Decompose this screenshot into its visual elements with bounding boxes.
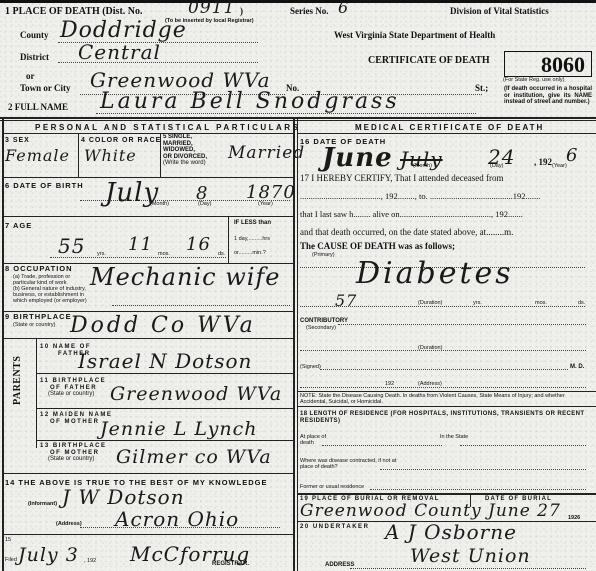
if-less-label: IF LESS than <box>234 220 271 227</box>
or-label: or <box>26 71 35 81</box>
divider <box>297 493 596 495</box>
district-number: 0911 <box>188 0 235 18</box>
contributory-duration-line <box>300 350 586 351</box>
in-state-label: In the State <box>440 434 470 440</box>
age-years: 55 <box>58 234 85 258</box>
cause-value: Diabetes <box>356 256 514 291</box>
district-label: District <box>20 52 49 62</box>
town-label: Town or City <box>20 83 71 93</box>
undertaker-label: 20 UNDERTAKER <box>300 524 369 531</box>
informant-address-label: (Address) <box>56 521 82 527</box>
birthplace-value: Dodd Co WVa <box>70 313 256 338</box>
color-value: White <box>84 146 137 165</box>
duration-label: (Duration) <box>418 300 442 306</box>
mother-name-value: Jennie L Lynch <box>100 418 257 440</box>
divider <box>297 391 596 392</box>
divider <box>228 216 229 263</box>
divider <box>36 373 293 374</box>
filed-year: , 192 <box>84 558 96 564</box>
undertaker-address-line <box>350 568 586 569</box>
divider <box>36 408 293 409</box>
month-caption: (Month) <box>150 201 169 207</box>
certify-line-2: ......................................, … <box>300 191 540 201</box>
district-value: Central <box>78 40 161 64</box>
father-value: Israel N Dotson <box>78 349 252 373</box>
dod-day-caption: (Day) <box>490 163 503 169</box>
birthplace-note: (State or country) <box>13 322 56 328</box>
md-label: M. D. <box>570 364 584 371</box>
certificate-title: CERTIFICATE OF DEATH <box>368 55 490 66</box>
md-address-label: (Address) <box>418 381 442 387</box>
certify-line-1: 17 I HEREBY CERTIFY, That I attended dec… <box>300 173 504 183</box>
or-min-label: or.........min.? <box>234 250 266 256</box>
primary-label: (Primary) <box>312 252 335 258</box>
full-name-value: Laura Bell Snodgrass <box>100 89 400 114</box>
scan-edge <box>0 0 596 3</box>
dod-month-caption: (Month) <box>413 163 432 169</box>
personal-section-title: PERSONAL AND STATISTICAL PARTICULARS <box>35 123 300 132</box>
occupation-value: Mechanic wife <box>90 263 281 291</box>
center-divider-2 <box>297 117 298 571</box>
full-name-label: 2 FULL NAME <box>8 102 68 112</box>
yrs-label: yrs. <box>473 300 482 306</box>
age-line <box>50 257 226 258</box>
death-certificate: 1 PLACE OF DEATH (Dist. No. 0911 ) (To b… <box>0 0 596 571</box>
dod-year-prefix: , 192 <box>534 157 552 167</box>
divider <box>297 406 596 407</box>
sex-value: Female <box>5 146 70 165</box>
informant-label: (Informant) <box>28 501 57 507</box>
ds-label: ds. <box>578 300 585 306</box>
residence-title: 18 LENGTH OF RESIDENCE (FOR HOSPITALS, I… <box>300 411 590 424</box>
birthplace-label: 9 BIRTHPLACE <box>5 312 72 321</box>
hospital-note: (If death occurred in a hospital or inst… <box>504 86 592 106</box>
father-birthplace-value: Greenwood WVa <box>110 383 282 405</box>
color-label: 4 COLOR OR RACE <box>81 137 161 144</box>
parents-label: PARENTS <box>12 356 23 405</box>
divider <box>78 133 79 177</box>
mos-label: mos. <box>535 300 547 306</box>
state-reg-note: (For State Reg. use only) <box>503 77 564 83</box>
former-residence-line <box>370 489 586 490</box>
certificate-number: 8060 <box>504 51 592 77</box>
burial-date-value: June 27 <box>488 501 561 521</box>
series-number: 6 <box>338 0 349 17</box>
occupation-label: 8 OCCUPATION <box>5 264 73 273</box>
undertaker-address-value: West Union <box>410 545 531 567</box>
sex-label: 3 SEX <box>5 137 30 144</box>
occupation-line <box>112 305 290 306</box>
divider <box>3 216 293 217</box>
undertaker-value: A J Osborne <box>385 520 517 544</box>
series-label: Series No. <box>290 6 329 16</box>
divider <box>3 338 293 339</box>
dob-label: 6 DATE OF BIRTH <box>5 181 84 190</box>
signed-label: (Signed) <box>300 364 321 370</box>
registrar-label: REGISTRAR. <box>212 561 249 568</box>
age-days: 16 <box>186 234 211 255</box>
burial-place-value: Greenwood County <box>300 501 482 521</box>
marital-value: Married <box>228 143 305 163</box>
md-address-line <box>300 387 586 388</box>
divider <box>297 133 596 134</box>
divider <box>3 133 293 134</box>
former-residence-label: Former or usual residence <box>300 484 364 490</box>
duration-value: 57 <box>335 291 357 310</box>
address-line <box>80 527 280 528</box>
left-border <box>2 117 4 571</box>
certify-line-3: that I last saw h........ alive on......… <box>300 209 523 219</box>
street-label: St.; <box>475 83 488 93</box>
father-birthplace-label: 11 BIRTHPLACE OF FATHER (State or countr… <box>40 378 106 398</box>
divider <box>36 440 293 441</box>
header-divider <box>0 117 596 119</box>
medical-section-title: MEDICAL CERTIFICATE OF DEATH <box>355 123 544 132</box>
note-text: NOTE: State the Disease Causing Death. I… <box>300 393 588 405</box>
dod-year-digit: 6 <box>566 145 578 166</box>
cause-label: The CAUSE OF DEATH was as follows; <box>300 241 455 251</box>
where-contracted-line <box>380 469 586 470</box>
dob-year: 1870 <box>246 182 296 203</box>
day-caption: (Day) <box>198 201 211 207</box>
department-label: West Virginia State Department of Health <box>334 30 495 40</box>
county-label: County <box>20 30 49 40</box>
dod-month: June <box>322 143 393 173</box>
one-day-label: 1 day,.........hrs <box>234 236 270 242</box>
place-of-death-label: 1 PLACE OF DEATH (Dist. No. <box>5 6 143 17</box>
at-place-line <box>322 445 442 446</box>
dod-year-caption: (Year) <box>552 163 567 169</box>
certify-line-4: and that death occurred, on the date sta… <box>300 227 513 237</box>
division-label: Division of Vital Statistics <box>450 6 549 16</box>
divider <box>3 473 293 474</box>
informant-value: J W Dotson <box>62 485 185 509</box>
marital-label: 5 SINGLE, MARRIED, WIDOWED, OR DIVORCED,… <box>163 134 207 167</box>
age-months: 11 <box>128 234 153 255</box>
mother-birthplace-label: 13 BIRTHPLACE OF MOTHER (State or countr… <box>40 443 107 463</box>
mother-birthplace-value: Gilmer co WVa <box>116 446 272 468</box>
divider <box>160 133 161 177</box>
signed-line <box>320 369 568 370</box>
year-caption: (Year) <box>258 201 273 207</box>
duration-line <box>300 306 585 307</box>
item15-label: 15 <box>5 537 11 543</box>
contributory-line <box>338 324 586 325</box>
duration-label-2: (Duration) <box>418 345 442 351</box>
in-state-line <box>460 445 586 446</box>
age-label: 7 AGE <box>5 221 32 230</box>
header-divider-2 <box>0 120 596 121</box>
occupation-notes: (a) Trade, profession or particular kind… <box>13 274 87 304</box>
parents-divider <box>36 338 37 448</box>
filed-label: Filed <box>5 557 17 563</box>
filed-date: July 3 <box>18 544 79 566</box>
divider <box>3 534 293 535</box>
secondary-label: (Secondary) <box>306 325 336 331</box>
md-date-192: 192 <box>385 381 394 387</box>
